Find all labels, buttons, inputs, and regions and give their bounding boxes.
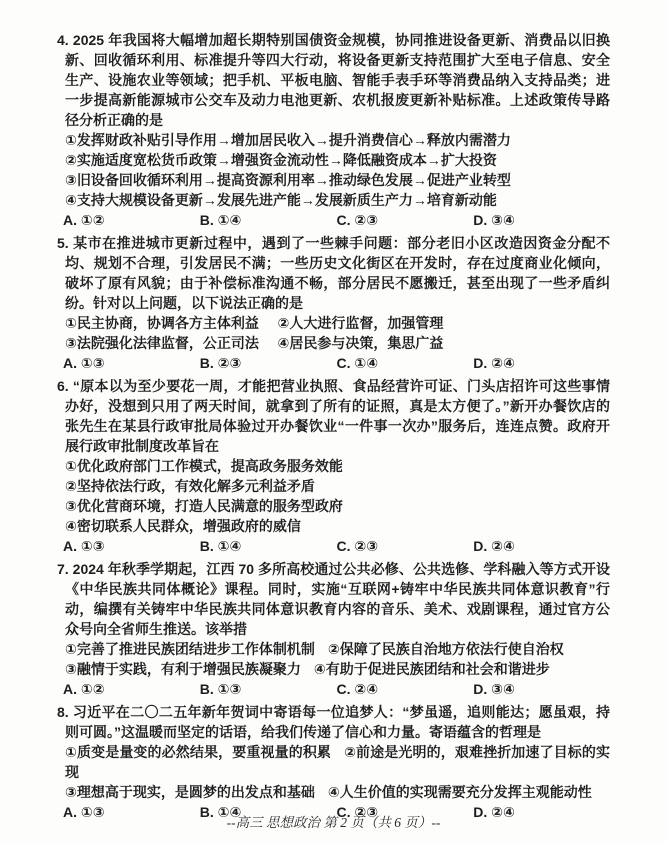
question-7-stem: 7. 2024 年秋季学期起，江西 70 多所高校通过公共必修、公共选修、学科融… xyxy=(57,559,610,639)
question-7-option-row-2: ③融情于实践，有利于增强民族凝聚力④有助于促进民族团结和社会和谐进步 xyxy=(57,659,610,679)
question-6-choice-d: D. ②④ xyxy=(473,536,610,556)
question-8-stem: 8. 习近平在二〇二五年新年贺词中寄语每一位追梦人：“梦虽遥，追则能达；愿虽艰，… xyxy=(57,702,610,742)
question-7-option-2: ②保障了民族自治地方依法行使自治权 xyxy=(328,641,564,657)
question-4-option-2: ②实施适度宽松货币政策→增强资金流动性→降低融资成本→扩大投资 xyxy=(57,150,610,170)
question-5-choice-a: A. ①③ xyxy=(63,353,200,373)
question-8-option-row-1: ①质变是量变的必然结果，要重视量的积累②前途是光明的，艰难挫折加速了目标的实现 xyxy=(57,742,610,782)
question-5-option-4: ④居民参与决策，集思广益 xyxy=(278,333,610,353)
question-5-option-row-1: ①民主协商，协调各方主体利益 ②人大进行监督，加强管理 xyxy=(57,313,610,333)
question-8: 8. 习近平在二〇二五年新年贺词中寄语每一位追梦人：“梦虽遥，追则能达；愿虽艰，… xyxy=(57,702,610,822)
question-5-choice-d: D. ②④ xyxy=(473,353,610,373)
question-4-choices: A. ①② B. ①④ C. ②③ D. ③④ xyxy=(57,210,610,230)
question-7-option-4: ④有助于促进民族团结和社会和谐进步 xyxy=(314,661,550,677)
question-4-option-4: ④支持大规模设备更新→发展先进产能→发展新质生产力→培育新动能 xyxy=(57,190,610,210)
question-7-choice-a: A. ①② xyxy=(63,679,200,699)
page-footer: --高三 思想政治 第 2 页（共 6 页）-- xyxy=(0,811,667,831)
question-7-choice-c: C. ②④ xyxy=(337,679,474,699)
question-6-number: 6. xyxy=(57,378,69,394)
question-6-choice-c: C. ②③ xyxy=(337,536,474,556)
question-8-option-3: ③理想高于现实，是圆梦的出发点和基础 xyxy=(65,784,315,800)
question-5-option-row-2: ③法院强化法律监督，公正司法 ④居民参与决策，集思广益 xyxy=(57,333,610,353)
exam-content: 4. 2025 年我国将大幅增加超长期特别国债资金规模，协同推进设备更新、消费品… xyxy=(57,30,610,825)
question-8-option-row-2: ③理想高于现实，是圆梦的出发点和基础④人生价值的实现需要充分发挥主观能动性 xyxy=(57,782,610,802)
question-4-choice-c: C. ②③ xyxy=(337,210,474,230)
question-7-choices: A. ①② B. ①③ C. ②④ D. ③④ xyxy=(57,679,610,699)
question-8-option-1: ①质变是量变的必然结果，要重视量的积累 xyxy=(65,744,331,760)
question-6-option-2: ②坚持依法行政，有效化解多元利益矛盾 xyxy=(57,476,610,496)
exam-page: 4. 2025 年我国将大幅增加超长期特别国债资金规模，协同推进设备更新、消费品… xyxy=(0,0,667,842)
question-6-stem-text: “原本以为至少要花一周，才能把营业执照、食品经营许可证、门头店招许可这些事情办好… xyxy=(65,378,610,454)
question-5-number: 5. xyxy=(57,235,69,251)
question-4-stem: 4. 2025 年我国将大幅增加超长期特别国债资金规模，协同推进设备更新、消费品… xyxy=(57,30,610,130)
question-4: 4. 2025 年我国将大幅增加超长期特别国债资金规模，协同推进设备更新、消费品… xyxy=(57,30,610,230)
question-5-stem: 5. 某市在推进城市更新过程中，遇到了一些棘手问题：部分老旧小区改造因资金分配不… xyxy=(57,233,610,313)
question-5-choice-b: B. ②③ xyxy=(200,353,337,373)
question-7-option-row-1: ①完善了推进民族团结进步工作体制机制②保障了民族自治地方依法行使自治权 xyxy=(57,639,610,659)
question-5: 5. 某市在推进城市更新过程中，遇到了一些棘手问题：部分老旧小区改造因资金分配不… xyxy=(57,233,610,373)
question-5-option-3: ③法院强化法律监督，公正司法 xyxy=(65,333,278,353)
question-6-stem: 6. “原本以为至少要花一周，才能把营业执照、食品经营许可证、门头店招许可这些事… xyxy=(57,376,610,456)
question-6-option-3: ③优化营商环境，打造人民满意的服务型政府 xyxy=(57,496,610,516)
question-4-choice-b: B. ①④ xyxy=(200,210,337,230)
question-6: 6. “原本以为至少要花一周，才能把营业执照、食品经营许可证、门头店招许可这些事… xyxy=(57,376,610,556)
question-6-choice-a: A. ①③ xyxy=(63,536,200,556)
question-5-option-2: ②人大进行监督，加强管理 xyxy=(278,313,610,333)
question-6-option-1: ①优化政府部门工作模式，提高政务服务效能 xyxy=(57,456,610,476)
question-6-choices: A. ①③ B. ①④ C. ②③ D. ②④ xyxy=(57,536,610,556)
question-6-option-4: ④密切联系人民群众，增强政府的威信 xyxy=(57,516,610,536)
question-4-option-3: ③旧设备回收循环利用→提高资源利用率→推动绿色发展→促进产业转型 xyxy=(57,170,610,190)
question-7-number: 7. xyxy=(57,561,69,577)
question-4-choice-d: D. ③④ xyxy=(473,210,610,230)
question-5-choice-c: C. ①④ xyxy=(337,353,474,373)
question-4-option-1: ①发挥财政补贴引导作用→增加居民收入→提升消费信心→释放内需潜力 xyxy=(57,130,610,150)
question-8-option-4: ④人生价值的实现需要充分发挥主观能动性 xyxy=(328,784,592,800)
question-4-choice-a: A. ①② xyxy=(63,210,200,230)
question-5-option-1: ①民主协商，协调各方主体利益 xyxy=(65,313,278,333)
question-7-option-1: ①完善了推进民族团结进步工作体制机制 xyxy=(65,641,315,657)
question-7-choice-d: D. ③④ xyxy=(473,679,610,699)
question-7-option-3: ③融情于实践，有利于增强民族凝聚力 xyxy=(65,661,301,677)
question-5-choices: A. ①③ B. ②③ C. ①④ D. ②④ xyxy=(57,353,610,373)
question-8-stem-text: 习近平在二〇二五年新年贺词中寄语每一位追梦人：“梦虽遥，追则能达；愿虽艰，持则可… xyxy=(65,704,610,740)
question-6-choice-b: B. ①④ xyxy=(200,536,337,556)
question-7: 7. 2024 年秋季学期起，江西 70 多所高校通过公共必修、公共选修、学科融… xyxy=(57,559,610,699)
question-8-number: 8. xyxy=(57,704,69,720)
question-7-stem-text: 2024 年秋季学期起，江西 70 多所高校通过公共必修、公共选修、学科融入等方… xyxy=(65,561,610,637)
question-7-choice-b: B. ①③ xyxy=(200,679,337,699)
question-4-stem-text: 2025 年我国将大幅增加超长期特别国债资金规模，协同推进设备更新、消费品以旧换… xyxy=(65,32,610,128)
question-4-number: 4. xyxy=(57,32,69,48)
question-5-stem-text: 某市在推进城市更新过程中，遇到了一些棘手问题：部分老旧小区改造因资金分配不均、规… xyxy=(65,235,610,311)
